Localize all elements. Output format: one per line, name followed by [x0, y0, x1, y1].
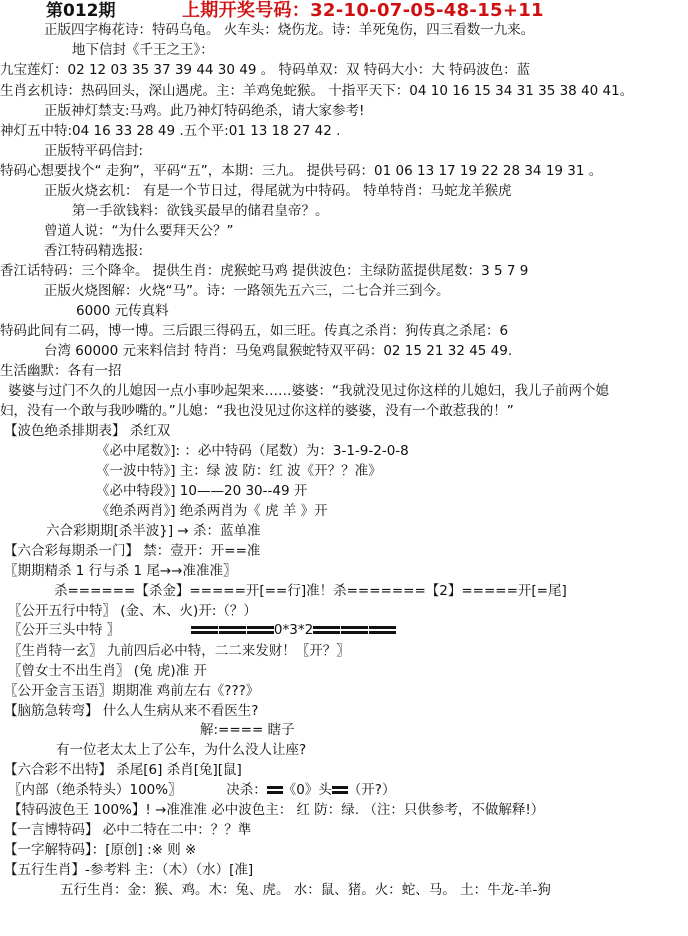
text-line: 有一位老太太上了公车，为什么没人让座? [56, 741, 306, 759]
text-line: 五行生肖：金：猴、鸡。木：兔、虎。 水：鼠、猪。火：蛇、马。 土：牛龙-羊-狗 [60, 881, 551, 899]
text-line: 《绝杀两肖》] 绝杀两肖为《 虎 羊 》开 [96, 502, 328, 520]
jue-sha-label: 决杀： [226, 782, 267, 798]
text-line: 《必中特段》] 10——20 30--49 开 [96, 482, 307, 500]
text-line: 正版火烧玄机： 有是一个节日过，得尾就为中特码。 特单特肖：马蛇龙羊猴虎 [44, 182, 512, 200]
text-line: 六合彩期期[杀半波}] → 杀：蓝单准 [46, 522, 261, 540]
text-line: 妇，没有一个敢与我吵嘴的。”儿媳：“我也没见过你这样的婆婆，没有一个敢惹我的！” [0, 402, 514, 420]
text-line: 香江话特码：三个降伞。 提供生肖：虎猴蛇马鸡 提供波色：主绿防蓝提供尾数：3 5… [0, 262, 528, 280]
text-line: 台湾 60000 元来料信封 特肖：马兔鸡鼠猴蛇特双平码：02 15 21 32… [44, 342, 512, 360]
text-line: 解:==== 瞎子 [200, 721, 295, 739]
text-line: 地下信封《千王之王》： [72, 41, 214, 59]
text-line: 生肖玄机诗：热码回头，深山遇虎。主：羊鸡兔蛇猴。 十指平天下：04 10 16 … [0, 82, 633, 100]
text-line: 【六合彩每期杀一门】 禁：壹开：开==准 [4, 542, 260, 560]
text-line: 正版火烧图解：火烧“马”。诗：一路领先五六三，二七合并三到今。 [44, 282, 450, 300]
text-line: 杀======【杀金】=====开[==行]准！杀=======【2】=====… [54, 582, 567, 600]
bar-icon [247, 624, 274, 636]
last-result-numbers: 32-10-07-05-48-15+11 [310, 0, 544, 21]
period-title: 第012期 [46, 0, 116, 22]
text-line: 〖期期精杀 1 行与杀 1 尾→→准准准〗 [4, 562, 236, 580]
bar-icon [267, 784, 283, 796]
last-result-banner: 上期开奖号码：32-10-07-05-48-15+11 [182, 0, 544, 23]
last-result-label: 上期开奖号码： [182, 0, 310, 21]
text-line: 第一手欲钱料：欲钱买最早的储君皇帝？。 [72, 202, 329, 220]
text-line: 生活幽默：各有一招 [0, 362, 122, 380]
text-line: 曾道人说：“为什么要拜天公？” [44, 222, 234, 240]
text-line: 正版特平码信封: [44, 142, 143, 160]
text-line: 【一字解特码】：[原创] :※ 则 ※ [4, 841, 196, 859]
text-line: 【五行生肖】-参考料 主：（木）（水）[准] [4, 861, 253, 879]
text-line: 【波色绝杀排期表】 杀红双 [4, 422, 170, 440]
text-line: 九宝莲灯：02 12 03 35 37 39 44 30 49 。 特码单双：双… [0, 61, 530, 79]
text-line: 正版神灯禁支:马鸡。此乃神灯特码绝杀，请大家参考! [44, 102, 364, 120]
bar-icon [191, 624, 218, 636]
text-line: 〖公开金言玉语〗期期准 鸡前左右《???》 [4, 682, 259, 700]
bar-icon [341, 624, 368, 636]
text-line: 《一波中特》] 主：绿 波 防：红 波《开？？准》 [96, 462, 382, 480]
bar-icon [369, 624, 396, 636]
bar-icon [332, 784, 348, 796]
text-line: 香江特码精选报: [44, 242, 143, 260]
bar-icon [313, 624, 340, 636]
san-tou-code: 0*3*2 [274, 622, 313, 638]
text-line: 《必中尾数》]: ：必中特码（尾数）为：3-1-9-2-0-8 [96, 442, 409, 460]
bar-icon [219, 624, 246, 636]
nei-bu-label: 〖内部（绝杀特头）100%〗 [8, 782, 182, 798]
nei-bu-line: 〖内部（绝杀特头）100%〗 决杀：《0》头（开?） [8, 781, 395, 799]
text-line: 婆婆与过门不久的儿媳因一点小事吵起架来……婆婆：“我就没见过你这样的儿媳妇，我儿… [8, 382, 609, 400]
text-line: 【脑筋急转弯】 什么人生病从来不看医生? [4, 702, 258, 720]
text-line: 〖生肖特一玄〗 九前四后必中特，二二来发财！〖开？〗 [8, 642, 350, 660]
text-line: 【一言博特码】 必中二特在二中：？？準 [4, 821, 251, 839]
text-line: 神灯五中特:04 16 33 28 49 .五个平:01 13 18 27 42… [0, 122, 340, 140]
san-tou-line: 〖公开三头中特 〗 0*3*2 [8, 621, 396, 639]
text-line: 〖公开五行中特〗 (金、木、火)开:（？） [8, 602, 257, 620]
text-line: 【特码波色王 100%】! →准准准 必中波色主： 红 防：绿. （注：只供参考… [8, 801, 544, 819]
text-line: 【六合彩不出特】 杀尾[6] 杀肖[兔][鼠] [4, 761, 242, 779]
tou-value: 《0》头 [283, 782, 332, 798]
text-line: 特码心想要找个“ 走狗”，平码“五”，本期：三九。 提供号码：01 06 13 … [0, 162, 602, 180]
san-tou-label: 〖公开三头中特 〗 [8, 622, 120, 638]
kai-value: （开?） [348, 782, 396, 798]
text-line: 〖曾女士不出生肖〗 (兔 虎)准 开 [8, 662, 207, 680]
text-line: 正版四字梅花诗：特码乌龟。 火车头：烧伤龙。诗：羊死兔伤，四三看数一九来。 [44, 21, 534, 39]
text-line: 6000 元传真料 [76, 302, 169, 320]
text-line: 特码此间有二码，博一博。三后跟三得码五，如三旺。传真之杀肖：狗传真之杀尾：6 [0, 322, 508, 340]
